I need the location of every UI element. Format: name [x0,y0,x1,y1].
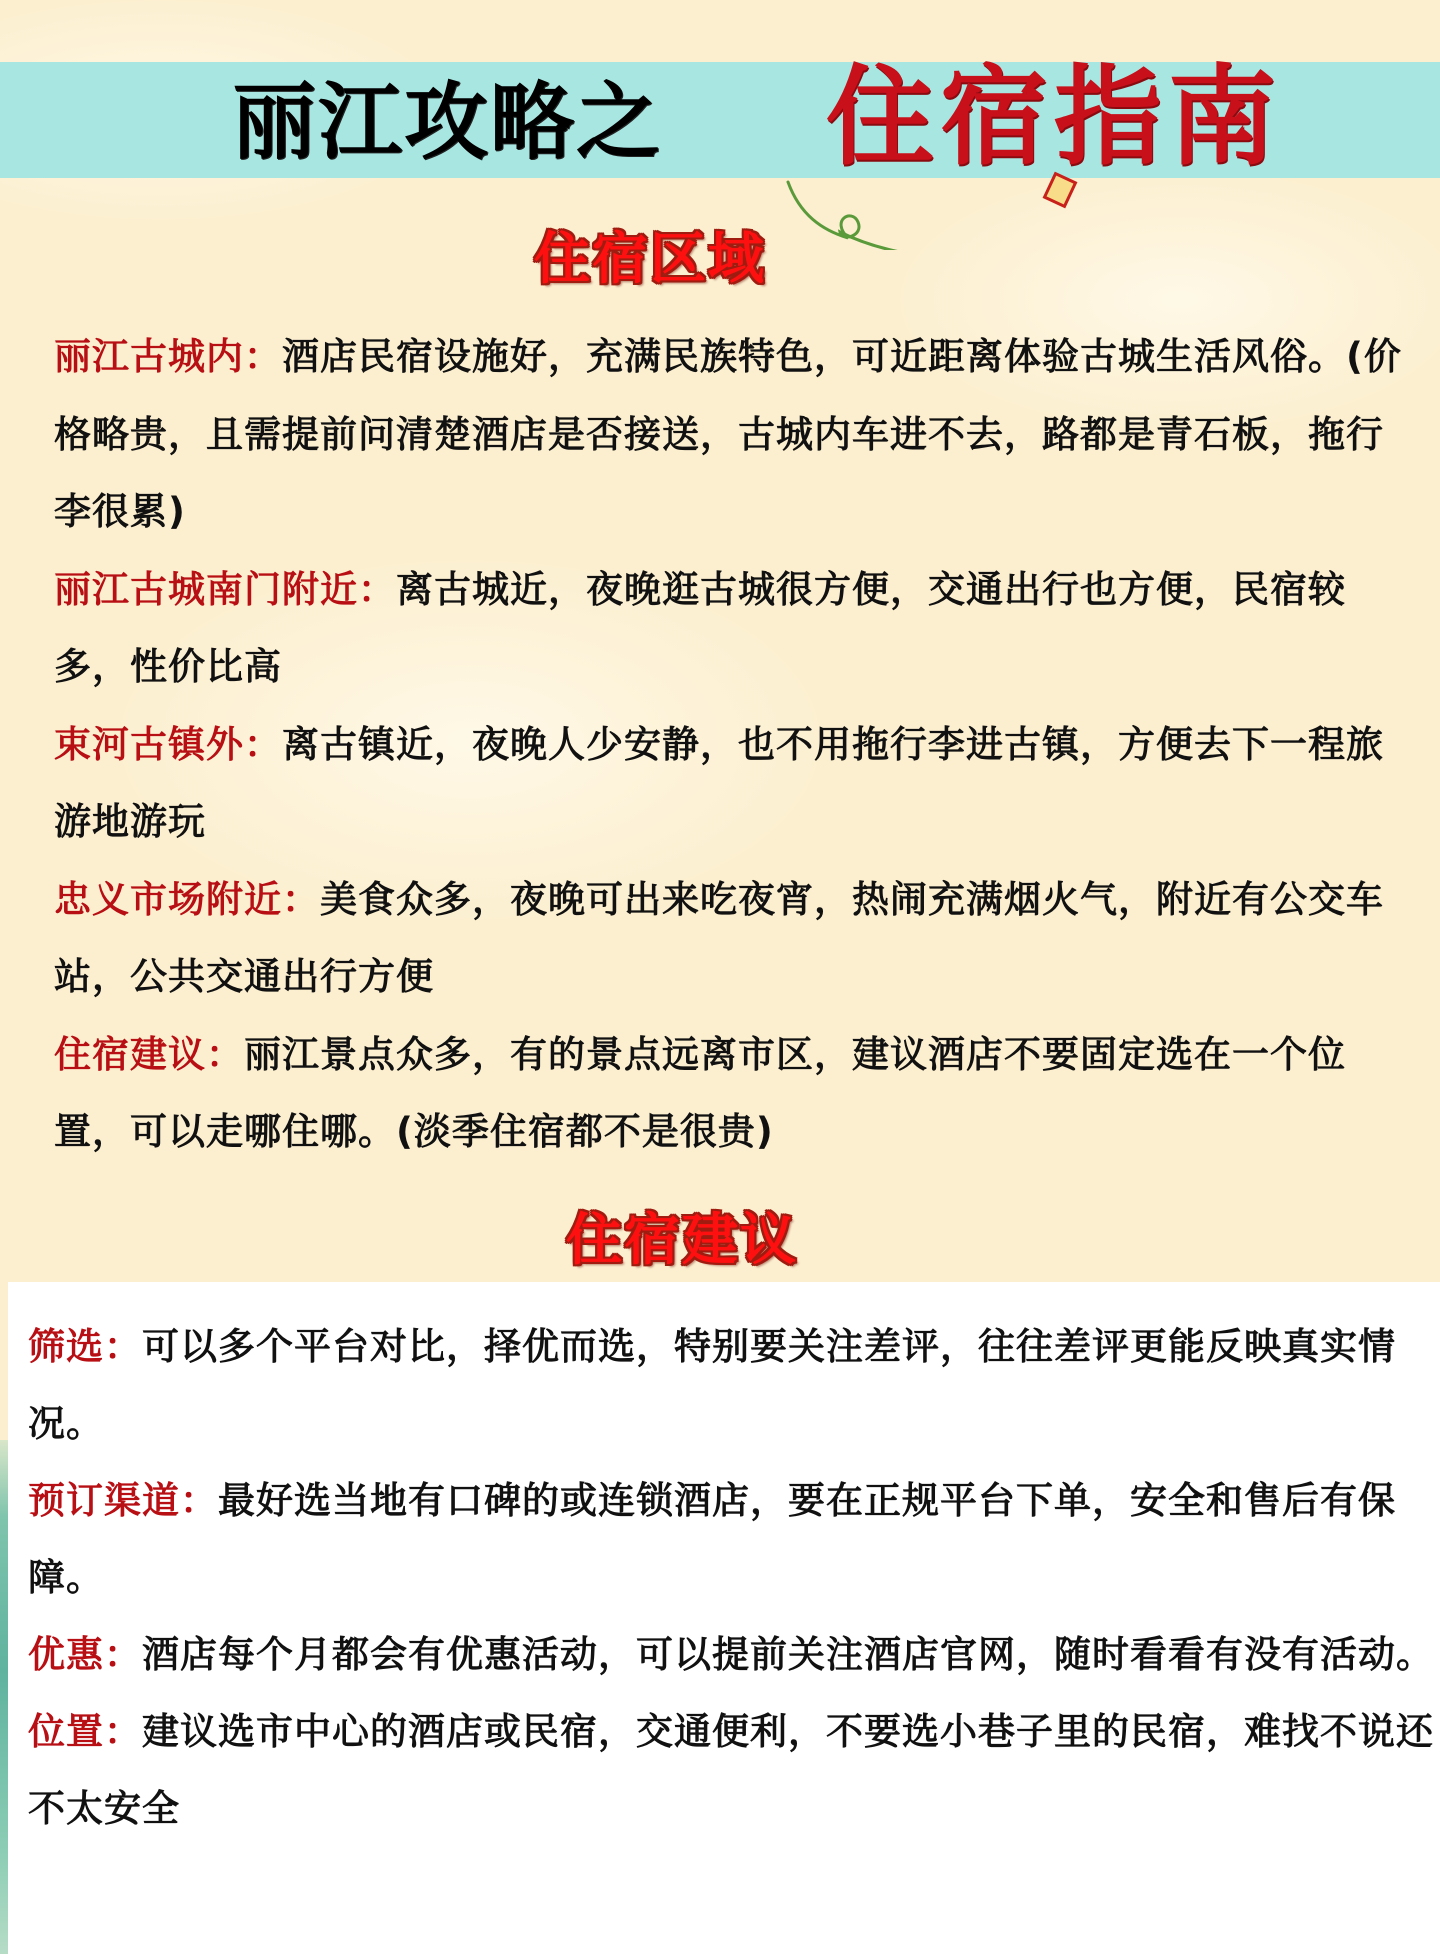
item-text: 可以多个平台对比，择优而选，特别要关注差评，往往差评更能反映真实情况。 [28,1325,1396,1445]
accommodation-areas-list: 丽江古城内：酒店民宿设施好，充满民族特色，可近距离体验古城生活风俗。(价格略贵，… [54,318,1414,1171]
item-label: 住宿建议： [54,1033,244,1076]
item-label: 丽江古城南门附近： [54,568,396,611]
list-item: 住宿建议：丽江景点众多，有的景点远离市区，建议酒店不要固定选在一个位置，可以走哪… [54,1016,1414,1171]
item-label: 丽江古城内： [54,335,282,378]
list-item: 预订渠道：最好选当地有口碑的或连锁酒店，要在正规平台下单，安全和售后有保障。 [28,1462,1440,1616]
item-label: 预订渠道： [28,1479,218,1522]
item-label: 优惠： [28,1633,142,1676]
item-text: 酒店每个月都会有优惠活动，可以提前关注酒店官网，随时看看有没有活动。 [142,1633,1434,1676]
list-item: 筛选：可以多个平台对比，择优而选，特别要关注差评，往往差评更能反映真实情况。 [28,1308,1440,1462]
item-label: 束河古镇外： [54,723,282,766]
item-text: 最好选当地有口碑的或连锁酒店，要在正规平台下单，安全和售后有保障。 [28,1479,1396,1599]
item-text: 丽江景点众多，有的景点远离市区，建议酒店不要固定选在一个位置，可以走哪住哪。(淡… [54,1033,1346,1154]
section-heading-accommodation-tips: 住宿建议 [566,1209,798,1273]
item-label: 忠义市场附近： [54,878,320,921]
title-prefix: 丽江攻略之 [232,72,662,172]
list-item: 位置：建议选市中心的酒店或民宿，交通便利，不要选小巷子里的民宿，难找不说还不太安… [28,1693,1440,1847]
section-heading-accommodation-areas: 住宿区域 [534,228,766,292]
item-label: 位置： [28,1710,142,1753]
list-item: 丽江古城南门附近：离古城近，夜晚逛古城很方便，交通出行也方便，民宿较多，性价比高 [54,551,1414,706]
item-label: 筛选： [28,1325,142,1368]
accommodation-tips-list: 筛选：可以多个平台对比，择优而选，特别要关注差评，往往差评更能反映真实情况。 预… [28,1308,1440,1847]
list-item: 忠义市场附近：美食众多，夜晚可出来吃夜宵，热闹充满烟火气，附近有公交车站，公共交… [54,861,1414,1016]
list-item: 优惠：酒店每个月都会有优惠活动，可以提前关注酒店官网，随时看看有没有活动。 [28,1616,1440,1693]
decoration-squiggle-icon [760,160,1180,250]
list-item: 丽江古城内：酒店民宿设施好，充满民族特色，可近距离体验古城生活风俗。(价格略贵，… [54,318,1414,551]
list-item: 束河古镇外：离古镇近，夜晚人少安静，也不用拖行李进古镇，方便去下一程旅游地游玩 [54,706,1414,861]
item-text: 建议选市中心的酒店或民宿，交通便利，不要选小巷子里的民宿，难找不说还不太安全 [28,1710,1434,1830]
